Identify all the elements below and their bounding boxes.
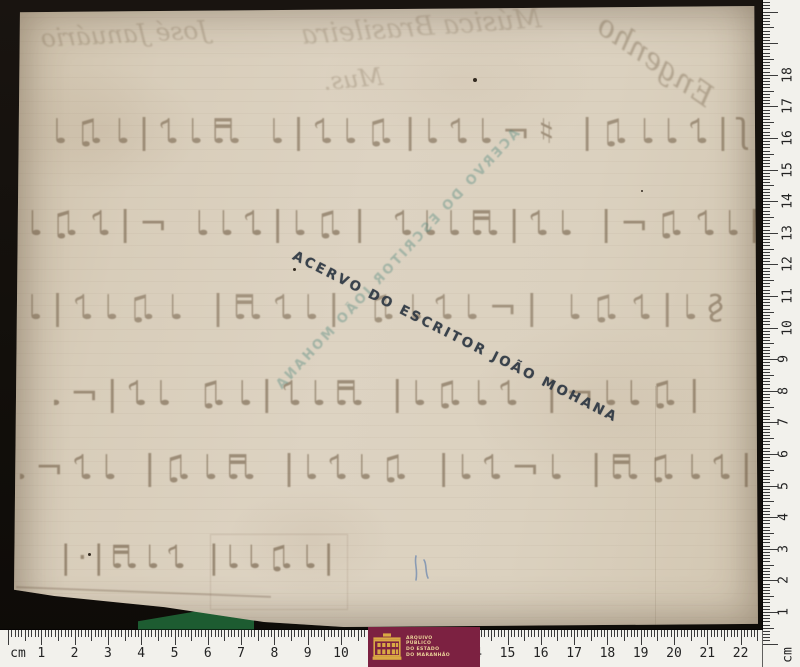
ruler-tick <box>258 630 259 641</box>
ruler-tick <box>763 388 770 389</box>
ruler-tick <box>763 435 770 436</box>
handwriting-top-center: Música Brasileira <box>300 3 542 51</box>
ruler-tick <box>541 630 542 645</box>
ruler-tick <box>274 630 275 645</box>
ruler-tick <box>228 630 229 637</box>
ruler-number: 6 <box>204 646 212 661</box>
ruler-tick <box>338 630 339 637</box>
ruler-number: 21 <box>699 646 715 661</box>
ruler-tick <box>165 630 166 637</box>
ruler-tick <box>75 630 76 645</box>
ruler-tick <box>763 609 770 610</box>
ruler-tick <box>763 451 770 452</box>
ruler-tick <box>763 426 770 427</box>
ruler-tick <box>211 630 212 637</box>
ruler-tick <box>763 546 770 547</box>
ruler-tick <box>763 21 770 22</box>
ruler-tick <box>763 258 770 259</box>
ruler-tick <box>205 630 206 637</box>
ruler-tick <box>763 160 770 161</box>
ruler-tick <box>654 630 655 637</box>
ruler-tick <box>244 630 245 637</box>
ruler-tick <box>763 460 770 461</box>
ruler-tick <box>763 523 770 524</box>
ruler-tick <box>195 630 196 637</box>
ruler-tick <box>78 630 79 637</box>
ruler-tick <box>763 242 770 243</box>
ruler-number: 4 <box>776 513 791 521</box>
ruler-tick <box>567 630 568 637</box>
ruler-number: 15 <box>500 646 516 661</box>
ruler-tick <box>763 170 778 171</box>
archive-badge-line: DO MARANHÃO <box>406 653 450 659</box>
ruler-tick <box>763 283 770 284</box>
ruler-tick <box>25 630 26 641</box>
ruler-tick <box>691 630 692 641</box>
ruler-tick <box>651 630 652 637</box>
ruler-tick <box>614 630 615 637</box>
ruler-tick <box>763 634 770 635</box>
ruler-tick <box>181 630 182 637</box>
ruler-number: 4 <box>137 646 145 661</box>
ruler-tick <box>218 630 219 637</box>
ruler-tick <box>145 630 146 637</box>
ruler-tick <box>198 630 199 637</box>
handwriting-top-right-diagonal: Engenho <box>590 8 721 114</box>
ruler-tick <box>763 375 774 376</box>
ruler-tick <box>763 372 770 373</box>
ruler-tick <box>763 318 770 319</box>
ruler-tick <box>763 599 770 600</box>
ruler-tick <box>763 5 770 6</box>
ruler-number: 1 <box>776 608 791 616</box>
ruler-tick <box>744 630 745 637</box>
ruler-tick <box>604 630 605 637</box>
ruler-tick <box>763 277 770 278</box>
ruler-tick <box>763 403 770 404</box>
ruler-number: 10 <box>780 320 795 336</box>
ruler-tick <box>694 630 695 637</box>
ruler-tick <box>763 394 770 395</box>
ruler-tick <box>763 312 774 313</box>
ruler-tick <box>763 87 770 88</box>
ruler-tick <box>763 520 770 521</box>
ruler-tick <box>291 630 292 641</box>
ruler-tick <box>671 630 672 637</box>
ruler-tick <box>281 630 282 637</box>
ruler-tick <box>763 62 770 63</box>
ruler-tick <box>584 630 585 637</box>
ruler-tick <box>763 353 770 354</box>
ruler-number: 8 <box>270 646 278 661</box>
ruler-tick <box>763 154 774 155</box>
ruler-tick <box>737 630 738 637</box>
ruler-tick <box>298 630 299 637</box>
ruler-tick <box>763 463 770 464</box>
ruler-tick <box>763 356 770 357</box>
ruler-tick <box>751 630 752 637</box>
ruler-tick <box>318 630 319 637</box>
ruler-tick <box>763 508 770 509</box>
ruler-tick <box>763 482 770 483</box>
ruler-tick <box>171 630 172 637</box>
right-ruler: 123456789101112131415161718cm <box>763 0 800 667</box>
ruler-tick <box>763 72 770 73</box>
ruler-tick <box>674 630 675 645</box>
ruler-tick <box>38 630 39 637</box>
ruler-tick <box>717 630 718 637</box>
ruler-tick <box>763 438 774 439</box>
ruler-tick <box>561 630 562 637</box>
ruler-tick <box>763 220 770 221</box>
ruler-tick <box>597 630 598 637</box>
ruler-tick <box>501 630 502 637</box>
ruler-tick <box>763 176 770 177</box>
ruler-tick <box>763 261 770 262</box>
archive-badge: ARQUIVOPÚBLICODO ESTADODO MARANHÃO <box>368 627 480 667</box>
ruler-tick <box>35 630 36 637</box>
ruler-tick <box>21 630 22 637</box>
ruler-tick <box>763 574 770 575</box>
faded-rectangular-stamp <box>210 534 348 610</box>
ruler-tick <box>763 125 770 126</box>
ruler-tick <box>231 630 232 637</box>
ink-speck <box>641 190 643 192</box>
ruler-tick <box>763 252 770 253</box>
ruler-tick <box>763 621 770 622</box>
ruler-tick <box>763 43 778 44</box>
ruler-tick <box>763 239 770 240</box>
ruler-tick <box>763 618 770 619</box>
ruler-tick <box>763 328 778 329</box>
ruler-tick <box>763 511 770 512</box>
ruler-tick <box>763 189 770 190</box>
ruler-tick <box>763 128 770 129</box>
ruler-tick <box>91 630 92 641</box>
ruler-tick <box>155 630 156 637</box>
ruler-tick <box>45 630 46 637</box>
ruler-tick <box>697 630 698 637</box>
ruler-tick <box>564 630 565 637</box>
ruler-tick <box>481 630 482 637</box>
ruler-tick <box>581 630 582 637</box>
ruler-tick <box>763 476 770 477</box>
ruler-tick <box>763 561 770 562</box>
ruler-tick <box>141 630 142 645</box>
ruler-number: 18 <box>600 646 616 661</box>
ruler-number: 7 <box>776 418 791 426</box>
ruler-tick <box>763 37 770 38</box>
ruler-tick <box>763 309 770 310</box>
ruler-tick <box>634 630 635 637</box>
ruler-number: 15 <box>780 162 795 178</box>
ruler-tick <box>763 144 770 145</box>
ruler-tick <box>763 179 770 180</box>
ruler-number: 14 <box>780 193 795 209</box>
ruler-tick <box>763 296 778 297</box>
ruler-tick <box>687 630 688 637</box>
ruler-number: 12 <box>780 256 795 272</box>
ruler-tick <box>631 630 632 637</box>
ruler-tick <box>763 416 770 417</box>
ruler-tick <box>763 217 774 218</box>
ruler-tick <box>128 630 129 637</box>
ruler-tick <box>763 514 770 515</box>
ruler-tick <box>135 630 136 637</box>
ruler-tick <box>763 2 770 3</box>
ruler-tick <box>8 630 9 645</box>
ruler-tick <box>763 467 770 468</box>
ruler-number: 22 <box>733 646 749 661</box>
ruler-tick <box>68 630 69 637</box>
ruler-tick <box>763 119 770 120</box>
ruler-tick <box>763 211 770 212</box>
music-notation-row: |♪♩♫♬| ♩⌐♪♩| ♫♩♪♩| ♬♩♫| ♩♪⌐♩| ♫♩♪‖ <box>20 448 752 488</box>
ruler-tick <box>574 630 575 645</box>
ruler-tick <box>704 630 705 637</box>
ruler-tick <box>125 630 126 641</box>
ruler-tick <box>763 457 770 458</box>
ruler-tick <box>494 630 495 637</box>
ruler-tick <box>607 630 608 645</box>
ruler-number: 17 <box>566 646 582 661</box>
ruler-tick <box>344 630 345 637</box>
ruler-tick <box>763 94 770 95</box>
ruler-tick <box>763 185 774 186</box>
ruler-tick <box>741 630 742 645</box>
ruler-tick <box>278 630 279 637</box>
ruler-number: 9 <box>304 646 312 661</box>
ruler-tick <box>763 527 770 528</box>
ruler-tick <box>354 630 355 637</box>
ruler-tick <box>763 334 770 335</box>
ruler-number: 2 <box>776 576 791 584</box>
ruler-tick <box>763 34 770 35</box>
ruler-tick <box>763 432 770 433</box>
ruler-tick <box>61 630 62 637</box>
ruler-tick <box>763 214 770 215</box>
ruler-tick <box>707 630 708 645</box>
ruler-tick <box>763 324 770 325</box>
ruler-tick <box>763 230 770 231</box>
ruler-tick <box>587 630 588 637</box>
ruler-tick <box>763 587 770 588</box>
ruler-number: 2 <box>71 646 79 661</box>
ruler-tick <box>98 630 99 637</box>
ruler-number: 17 <box>780 98 795 114</box>
paper-crease <box>655 386 656 626</box>
ruler-tick <box>271 630 272 637</box>
ruler-tick <box>763 233 778 234</box>
ruler-tick <box>763 223 770 224</box>
ruler-tick <box>763 340 770 341</box>
ruler-tick <box>763 274 770 275</box>
ruler-tick <box>95 630 96 637</box>
ruler-tick <box>261 630 262 637</box>
ruler-tick <box>763 97 770 98</box>
ink-speck <box>88 553 91 556</box>
ruler-tick <box>763 378 770 379</box>
ruler-number: 3 <box>104 646 112 661</box>
ruler-tick <box>763 280 774 281</box>
ruler-tick <box>511 630 512 637</box>
ruler-tick <box>757 630 758 641</box>
ruler-tick <box>111 630 112 637</box>
ruler-tick <box>763 103 770 104</box>
ruler-tick <box>557 630 558 641</box>
ruler-tick <box>518 630 519 637</box>
ink-speck <box>473 78 477 82</box>
ruler-tick <box>71 630 72 637</box>
ruler-tick <box>763 226 770 227</box>
ruler-tick <box>763 195 770 196</box>
ruler-tick <box>131 630 132 637</box>
ruler-tick <box>594 630 595 637</box>
ruler-tick <box>763 489 770 490</box>
ruler-tick <box>284 630 285 637</box>
ruler-tick <box>763 584 770 585</box>
ruler-tick <box>747 630 748 637</box>
ruler-tick <box>763 78 770 79</box>
ruler-tick <box>667 630 668 637</box>
ruler-tick <box>571 630 572 637</box>
scanned-manuscript-page: José Januário Música Brasileira Mus. Eng… <box>14 6 758 627</box>
ruler-tick <box>121 630 122 637</box>
ruler-tick <box>763 12 778 13</box>
ruler-tick <box>118 630 119 637</box>
ruler-tick <box>763 81 770 82</box>
ruler-tick <box>51 630 52 637</box>
ruler-tick <box>763 596 774 597</box>
ruler-tick <box>88 630 89 637</box>
ruler-tick <box>763 533 774 534</box>
music-notation-row: ʃ|♪♩♩♫| ♯⌐♩♪♩|♫♩♪|♩ ♬♩♪|♩♫♩ ♪|♩⌐♪♩|§ <box>24 112 748 152</box>
ruler-tick <box>763 369 770 370</box>
ruler-tick <box>763 157 770 158</box>
ruler-tick <box>763 59 774 60</box>
ruler-tick <box>763 602 770 603</box>
ruler-tick <box>624 630 625 641</box>
ruler-tick <box>191 630 192 641</box>
ruler-tick <box>701 630 702 637</box>
ruler-tick <box>238 630 239 637</box>
blue-pen-mark <box>410 554 438 584</box>
ruler-number: 10 <box>333 646 349 661</box>
ruler-tick <box>531 630 532 637</box>
ruler-tick <box>637 630 638 637</box>
ruler-number: 8 <box>776 387 791 395</box>
ruler-tick <box>711 630 712 637</box>
ruler-tick <box>763 558 770 559</box>
ruler-tick <box>763 151 770 152</box>
ruler-tick <box>763 56 770 57</box>
ruler-tick <box>721 630 722 637</box>
ruler-tick <box>763 141 770 142</box>
ruler-tick <box>763 290 770 291</box>
ruler-tick <box>763 15 770 16</box>
ruler-tick <box>763 536 770 537</box>
ruler-tick <box>763 628 774 629</box>
ruler-tick <box>763 249 774 250</box>
ruler-tick <box>304 630 305 637</box>
ruler-tick <box>763 441 770 442</box>
ruler-tick <box>577 630 578 637</box>
ruler-tick <box>763 337 770 338</box>
ruler-tick <box>591 630 592 641</box>
ruler-tick <box>734 630 735 637</box>
ruler-tick <box>55 630 56 637</box>
ruler-tick <box>484 630 485 637</box>
ruler-tick <box>724 630 725 641</box>
ruler-tick <box>48 630 49 637</box>
ruler-tick <box>301 630 302 637</box>
ruler-tick <box>763 539 770 540</box>
ruler-number: 7 <box>237 646 245 661</box>
ruler-tick <box>314 630 315 637</box>
ruler-tick <box>763 593 770 594</box>
ruler-number: 5 <box>776 482 791 490</box>
ruler-tick <box>544 630 545 637</box>
ruler-tick <box>763 644 778 645</box>
ruler-number: 16 <box>533 646 549 661</box>
ruler-tick <box>178 630 179 637</box>
ruler-tick <box>548 630 549 637</box>
ruler-tick <box>641 630 642 645</box>
ruler-tick <box>763 245 770 246</box>
ruler-tick <box>763 350 770 351</box>
ruler-tick <box>763 113 770 114</box>
ruler-tick <box>321 630 322 637</box>
ruler-tick <box>498 630 499 637</box>
ruler-tick <box>763 198 770 199</box>
ruler-tick <box>677 630 678 637</box>
ruler-tick <box>331 630 332 637</box>
ruler-tick <box>763 473 770 474</box>
ruler-tick <box>294 630 295 637</box>
ruler-number: 13 <box>780 225 795 241</box>
ruler-tick <box>115 630 116 637</box>
ruler-tick <box>101 630 102 637</box>
ruler-tick <box>341 630 342 645</box>
ruler-tick <box>763 331 770 332</box>
ruler-tick <box>621 630 622 637</box>
ruler-tick <box>763 236 770 237</box>
ruler-tick <box>763 343 774 344</box>
ruler-tick <box>763 40 770 41</box>
ruler-tick <box>18 630 19 637</box>
ruler-tick <box>763 8 770 9</box>
ruler-number: 9 <box>776 355 791 363</box>
ruler-tick <box>763 400 770 401</box>
ruler-number: 20 <box>666 646 682 661</box>
ruler-tick <box>754 630 755 637</box>
ruler-tick <box>763 362 770 363</box>
ruler-tick <box>334 630 335 637</box>
ruler-tick <box>763 552 770 553</box>
ruler-tick <box>664 630 665 637</box>
ruler-tick <box>488 630 489 637</box>
ruler-tick <box>168 630 169 637</box>
ruler-tick <box>161 630 162 637</box>
ruler-tick <box>763 315 770 316</box>
ruler-tick <box>727 630 728 637</box>
ruler-tick <box>763 365 770 366</box>
ruler-tick <box>763 173 770 174</box>
ruler-tick <box>763 495 770 496</box>
ruler-tick <box>185 630 186 637</box>
ruler-tick <box>763 571 770 572</box>
ruler-tick <box>714 630 715 637</box>
